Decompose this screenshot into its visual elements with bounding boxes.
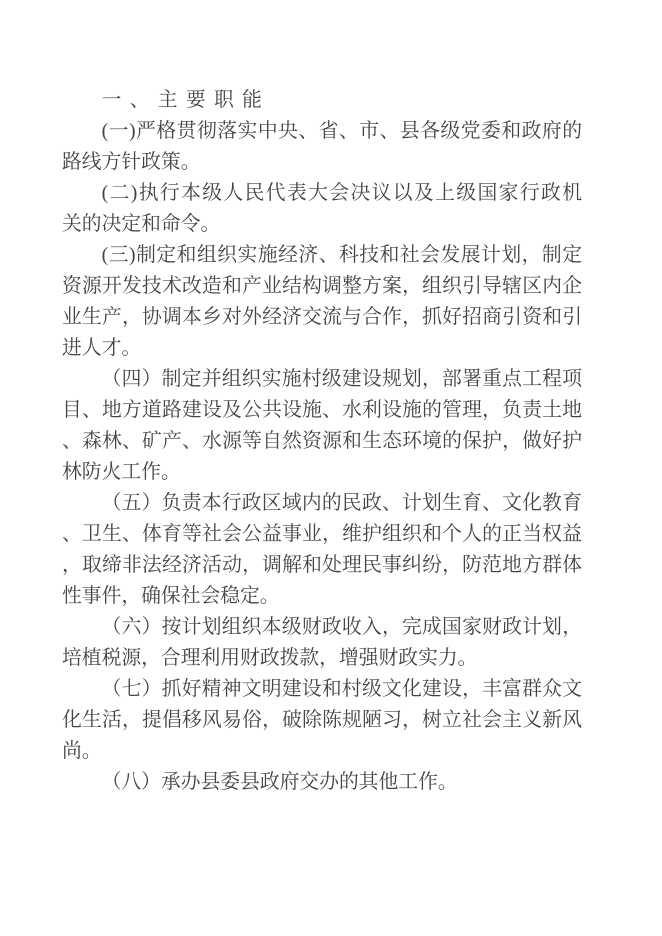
text-line: (三)制定和组织实施经济、科技和社会发展计划，制定 bbox=[62, 240, 582, 271]
text-line: 目、地方道路建设及公共设施、水利设施的管理，负责土地 bbox=[62, 395, 582, 426]
document-page: 一、主要职能 (一)严格贯彻落实中央、省、市、县各级党委和政府的 路线方针政策。… bbox=[0, 0, 662, 936]
text-line: 、卫生、体育等社会公益事业，维护组织和个人的正当权益 bbox=[62, 519, 582, 550]
text-line: （四）制定并组织实施村级建设规划，部署重点工程项 bbox=[62, 364, 582, 395]
text-line: (二)执行本级人民代表大会决议以及上级国家行政机 bbox=[62, 178, 582, 209]
text-line: 业生产，协调本乡对外经济交流与合作，抓好招商引资和引 bbox=[62, 302, 582, 333]
text-line: （六）按计划组织本级财政收入，完成国家财政计划， bbox=[62, 612, 582, 643]
text-line: （八）承办县委县政府交办的其他工作。 bbox=[62, 767, 582, 798]
document-body: 一、主要职能 (一)严格贯彻落实中央、省、市、县各级党委和政府的 路线方针政策。… bbox=[62, 85, 582, 798]
text-line: 资源开发技术改造和产业结构调整方案，组织引导辖区内企 bbox=[62, 271, 582, 302]
text-line: 、森林、矿产、水源等自然资源和生态环境的保护，做好护 bbox=[62, 426, 582, 457]
text-line: ，取缔非法经济活动，调解和处理民事纠纷，防范地方群体 bbox=[62, 550, 582, 581]
section-heading: 一、主要职能 bbox=[62, 85, 582, 116]
text-line: 路线方针政策。 bbox=[62, 147, 582, 178]
text-line: （七）抓好精神文明建设和村级文化建设，丰富群众文 bbox=[62, 674, 582, 705]
text-line: 林防火工作。 bbox=[62, 457, 582, 488]
text-line: (一)严格贯彻落实中央、省、市、县各级党委和政府的 bbox=[62, 116, 582, 147]
text-line: （五）负责本行政区域内的民政、计划生育、文化教育 bbox=[62, 488, 582, 519]
text-line: 化生活，提倡移风易俗，破除陈规陋习，树立社会主义新风 bbox=[62, 705, 582, 736]
text-line: 进人才。 bbox=[62, 333, 582, 364]
text-line: 关的决定和命令。 bbox=[62, 209, 582, 240]
text-line: 培植税源，合理利用财政拨款，增强财政实力。 bbox=[62, 643, 582, 674]
text-line: 尚。 bbox=[62, 736, 582, 767]
text-line: 性事件，确保社会稳定。 bbox=[62, 581, 582, 612]
